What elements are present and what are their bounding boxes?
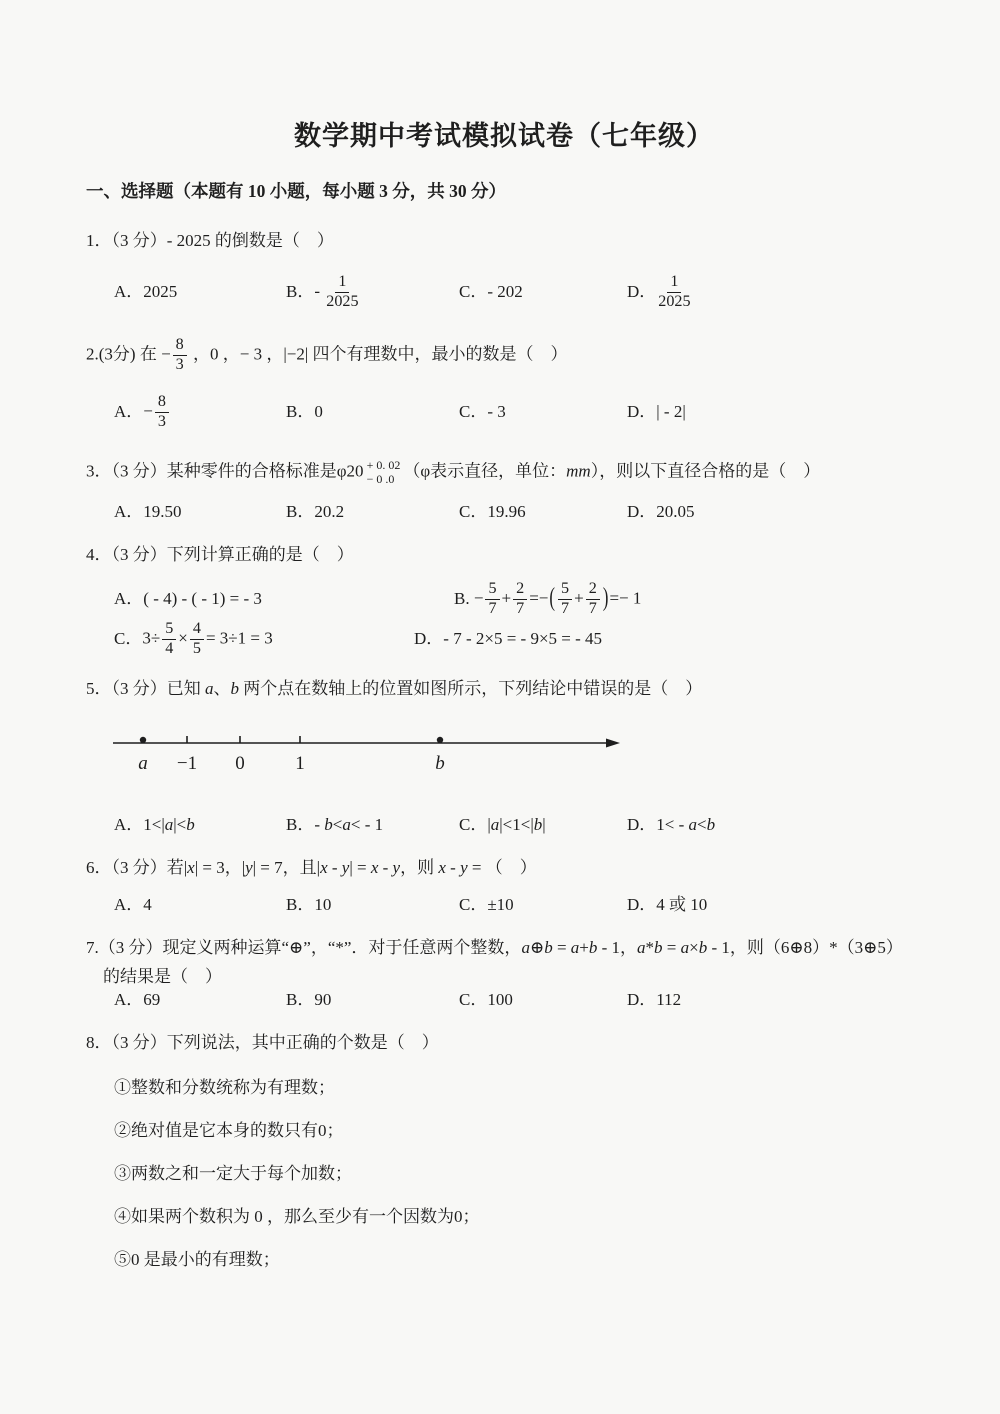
question-7-stem-line-2: 的结果是（ ） (103, 966, 922, 989)
statement-3: ③两数之和一定大于每个加数； (114, 1163, 922, 1186)
question-2-stem: 2.(3分) 在 −83 ，0 ，− 3 ，|−2| 四个有理数中，最小的数是（… (86, 337, 922, 374)
option-7-d: D．112 (627, 989, 681, 1012)
section-heading: 一、选择题（本题有 10 小题，每小题 3 分，共 30 分） (86, 180, 922, 204)
question-4-stem: 4．（3 分）下列计算正确的是（ ） (86, 544, 922, 567)
option-label: A． (114, 501, 143, 524)
option-content: 112 (656, 989, 681, 1012)
option-label: C． (459, 501, 487, 524)
option-2-b: B．0 (286, 401, 459, 424)
option-1-d: D．12025 (627, 274, 693, 311)
option-content: −83 (143, 394, 171, 431)
point-a-dot (140, 737, 146, 743)
option-5-d: D．1< - a<b (627, 814, 715, 837)
option-content: 20.2 (314, 501, 344, 524)
option-1-a: A．2025 (114, 281, 286, 304)
question-7-stem: 7.（3 分）现定义两种运算“⊕”，“*”．对于任意两个整数，a⊕b = a+b… (86, 937, 922, 960)
option-label: B． (286, 894, 314, 917)
option-content: - b<a< - 1 (314, 814, 383, 837)
exam-paper-page: 数学期中考试模拟试卷（七年级） 一、选择题（本题有 10 小题，每小题 3 分，… (0, 0, 1000, 1414)
option-content: 3÷54×45= 3÷1 = 3 (142, 621, 272, 658)
option-6-d: D．4 或 10 (627, 894, 707, 917)
option-4-c: C．3÷54×45= 3÷1 = 3 (114, 621, 414, 658)
option-content: 0 (314, 401, 323, 424)
option-label: C． (114, 628, 142, 651)
option-content: - 12025 (314, 274, 360, 311)
option-content: |a|<1<|b| (487, 814, 545, 837)
option-label: B． (286, 989, 314, 1012)
option-label: C． (459, 281, 487, 304)
option-label: A． (114, 401, 143, 424)
option-6-a: A．4 (114, 894, 286, 917)
option-content: | - 2| (656, 401, 685, 424)
option-content: 1< - a<b (656, 814, 715, 837)
question-7: 7.（3 分）现定义两种运算“⊕”，“*”．对于任意两个整数，a⊕b = a+b… (86, 937, 922, 1012)
option-content: - 3 (487, 401, 505, 424)
option-4-d: D．- 7 - 2×5 = - 9×5 = - 45 (414, 628, 602, 651)
label-minus-1: −1 (177, 753, 197, 774)
option-content: 100 (487, 989, 513, 1012)
option-label: A． (114, 588, 143, 611)
option-5-a: A．1<|a|<b (114, 814, 286, 837)
question-4: 4．（3 分）下列计算正确的是（ ） A．( - 4) - ( - 1) = -… (86, 544, 922, 659)
option-label: D． (627, 989, 656, 1012)
statement-4: ④如果两个数积为 0 ，那么至少有一个因数为0； (114, 1206, 922, 1229)
option-label: A． (114, 814, 143, 837)
option-label: D． (627, 814, 656, 837)
question-1-options: A．2025 B．- 12025 C．- 202 D．12025 (86, 267, 922, 317)
option-label: C． (459, 989, 487, 1012)
option-3-b: B．20.2 (286, 501, 459, 524)
option-7-b: B．90 (286, 989, 459, 1012)
option-2-a: A．−83 (114, 394, 286, 431)
option-content: 90 (314, 989, 331, 1012)
option-6-c: C．±10 (459, 894, 627, 917)
label-1: 1 (295, 753, 305, 774)
option-label: B． (286, 401, 314, 424)
option-content: 20.05 (656, 501, 694, 524)
option-1-b: B．- 12025 (286, 274, 459, 311)
option-2-c: C．- 3 (459, 401, 627, 424)
question-5-stem: 5．（3 分）已知 a、b 两个点在数轴上的位置如图所示，下列结论中错误的是（ … (86, 678, 922, 701)
option-label: A． (114, 281, 143, 304)
question-5-options: A．1<|a|<b B．- b<a< - 1 C．|a|<1<|b| D．1< … (86, 814, 922, 837)
question-1: 1．（3 分）- 2025 的倒数是（ ） A．2025 B．- 12025 C… (86, 230, 922, 317)
number-line-figure: a −1 0 1 b (113, 729, 922, 784)
option-content: ( - 4) - ( - 1) = - 3 (143, 588, 262, 611)
question-2-options: A．−83 B．0 C．- 3 D．| - 2| (86, 388, 922, 438)
page-title: 数学期中考试模拟试卷（七年级） (86, 118, 922, 154)
question-8: 8．（3 分）下列说法，其中正确的个数是（ ） ①整数和分数统称为有理数； ②绝… (86, 1032, 922, 1272)
option-label: C． (459, 814, 487, 837)
question-3-options: A．19.50 B．20.2 C．19.96 D．20.05 (86, 501, 922, 524)
statement-1: ①整数和分数统称为有理数； (114, 1077, 922, 1100)
option-3-d: D．20.05 (627, 501, 695, 524)
question-1-stem: 1．（3 分）- 2025 的倒数是（ ） (86, 230, 922, 253)
question-4-options-row-2: C．3÷54×45= 3÷1 = 3 D．- 7 - 2×5 = - 9×5 =… (86, 621, 922, 658)
question-7-options: A．69 B．90 C．100 D．112 (86, 989, 922, 1012)
question-8-stem: 8．（3 分）下列说法，其中正确的个数是（ ） (86, 1032, 922, 1055)
option-1-c: C．- 202 (459, 281, 627, 304)
option-content: 4 或 10 (656, 894, 707, 917)
label-a: a (138, 753, 148, 774)
option-4-a: A．( - 4) - ( - 1) = - 3 (114, 588, 454, 611)
option-2-d: D．| - 2| (627, 401, 686, 424)
option-label: A． (114, 989, 143, 1012)
axis-arrow-icon (606, 739, 620, 748)
statement-2: ②绝对值是它本身的数只有0； (114, 1120, 922, 1143)
question-3: 3．（3 分）某种零件的合格标准是φ20+ 0. 02− 0 .0（φ表示直径，… (86, 458, 922, 524)
question-6: 6．（3 分）若|x| = 3，|y| = 7，且|x - y| = x - y… (86, 857, 922, 917)
option-content: 4 (143, 894, 152, 917)
option-6-b: B．10 (286, 894, 459, 917)
option-7-a: A．69 (114, 989, 286, 1012)
question-6-options: A．4 B．10 C．±10 D．4 或 10 (86, 894, 922, 917)
option-5-c: C．|a|<1<|b| (459, 814, 627, 837)
option-content: 1<|a|<b (143, 814, 195, 837)
question-4-options-row-1: A．( - 4) - ( - 1) = - 3 B. −57+27=−(57+2… (86, 581, 922, 618)
label-0: 0 (235, 753, 245, 774)
option-label: B. (454, 588, 470, 611)
option-label: D． (627, 281, 656, 304)
option-content: 19.50 (143, 501, 181, 524)
question-5: 5．（3 分）已知 a、b 两个点在数轴上的位置如图所示，下列结论中错误的是（ … (86, 678, 922, 837)
option-7-c: C．100 (459, 989, 627, 1012)
label-b: b (435, 753, 445, 774)
option-label: B． (286, 814, 314, 837)
option-label: C． (459, 894, 487, 917)
option-3-c: C．19.96 (459, 501, 627, 524)
option-5-b: B．- b<a< - 1 (286, 814, 459, 837)
option-label: C． (459, 401, 487, 424)
question-6-stem: 6．（3 分）若|x| = 3，|y| = 7，且|x - y| = x - y… (86, 857, 922, 880)
option-content: 69 (143, 989, 160, 1012)
option-label: D． (627, 501, 656, 524)
option-content: - 7 - 2×5 = - 9×5 = - 45 (443, 628, 602, 651)
option-label: A． (114, 894, 143, 917)
statement-5: ⑤0 是最小的有理数； (114, 1249, 922, 1272)
option-content: −57+27=−(57+27)=− 1 (474, 581, 642, 618)
option-content: ±10 (487, 894, 513, 917)
option-content: 10 (314, 894, 331, 917)
option-content: 19.96 (487, 501, 525, 524)
option-content: 12025 (656, 274, 692, 311)
option-label: B． (286, 281, 314, 304)
number-line-svg: a −1 0 1 b (113, 729, 620, 777)
question-3-stem: 3．（3 分）某种零件的合格标准是φ20+ 0. 02− 0 .0（φ表示直径，… (86, 458, 922, 487)
point-b-dot (437, 737, 443, 743)
option-content: - 202 (487, 281, 522, 304)
option-label: B． (286, 501, 314, 524)
option-label: D． (414, 628, 443, 651)
option-label: D． (627, 401, 656, 424)
question-2: 2.(3分) 在 −83 ，0 ，− 3 ，|−2| 四个有理数中，最小的数是（… (86, 337, 922, 438)
option-4-b: B. −57+27=−(57+27)=− 1 (454, 581, 641, 618)
option-label: D． (627, 894, 656, 917)
option-content: 2025 (143, 281, 177, 304)
option-3-a: A．19.50 (114, 501, 286, 524)
question-8-statements: ①整数和分数统称为有理数； ②绝对值是它本身的数只有0； ③两数之和一定大于每个… (86, 1077, 922, 1272)
